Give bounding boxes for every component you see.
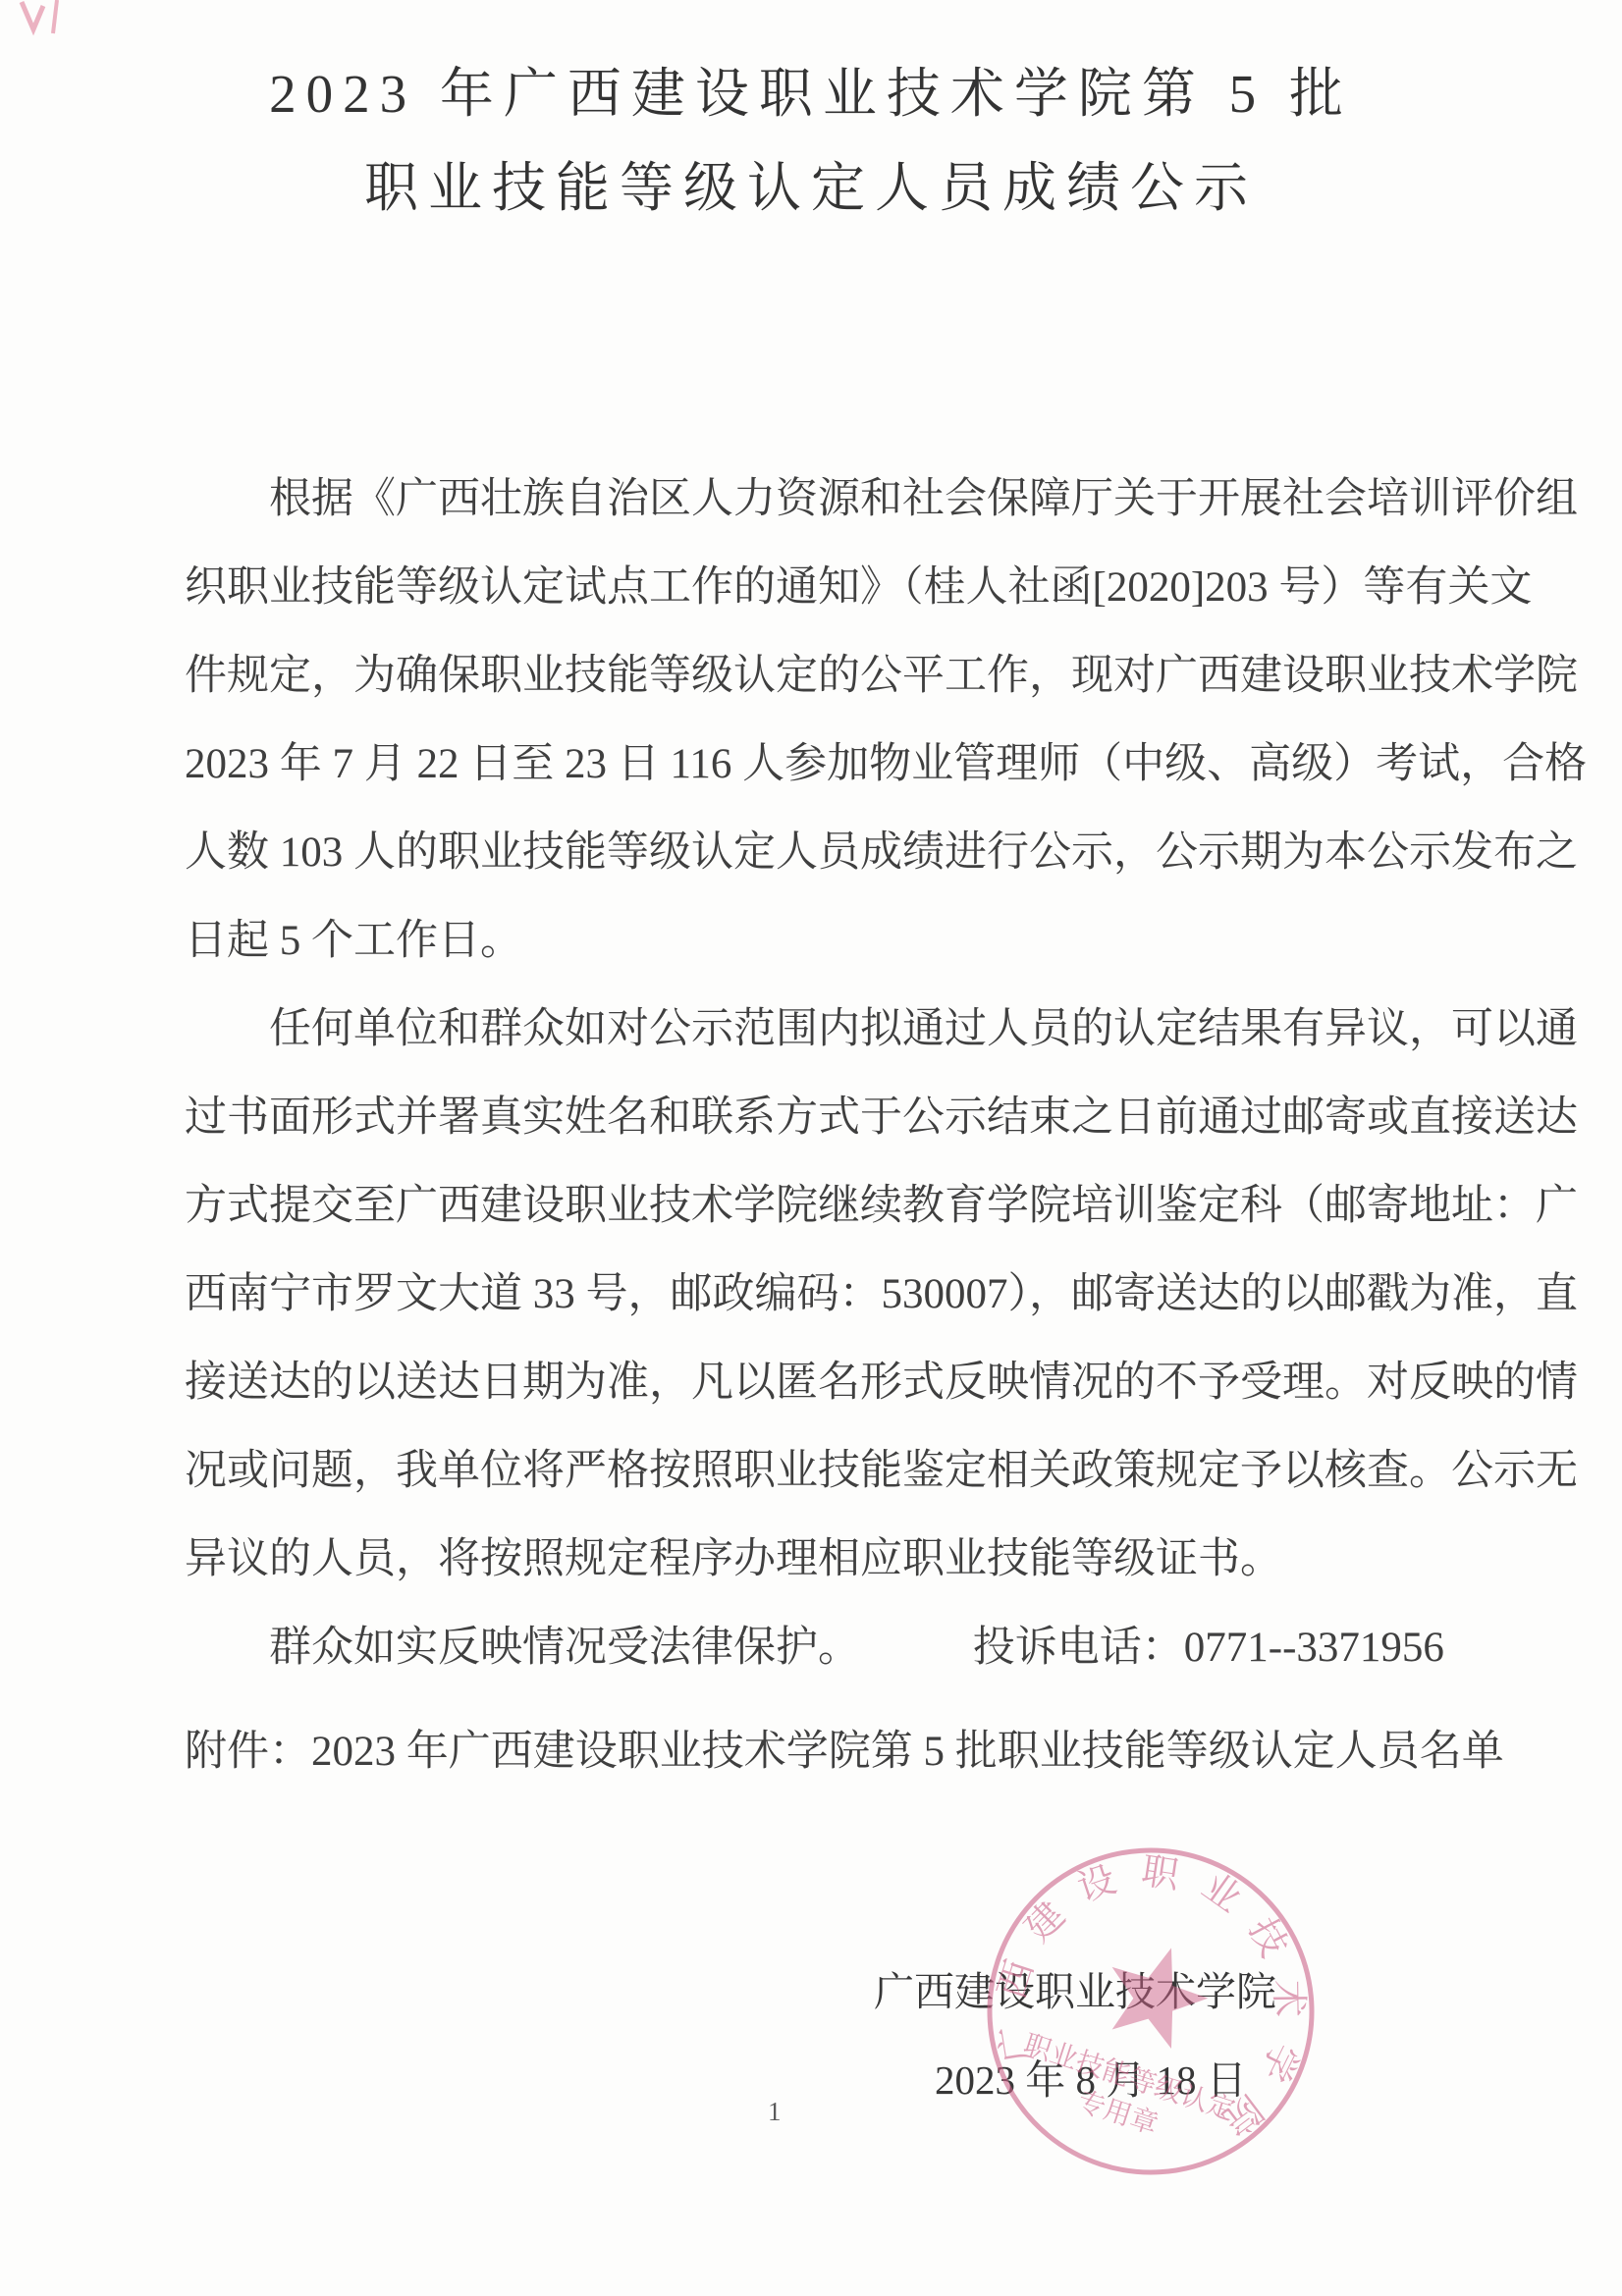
body-text-line: 织职业技能等级认定试点工作的通知》（桂人社函[2020]203 号）等有关文 — [185, 544, 1473, 632]
legal-note-text: 群众如实反映情况受法律保护。 — [269, 1625, 860, 1671]
body-text-line: 2023 年 7 月 22 日至 23 日 116 人参加物业管理师（中级、高级… — [185, 721, 1473, 809]
page-number: 1 — [768, 2097, 782, 2127]
body-paragraphs: 根据《广西壮族自治区人力资源和社会保障厅关于开展社会培训评价组织职业技能等级认定… — [185, 455, 1473, 1604]
body-text-line: 任何单位和群众如对公示范围内拟通过人员的认定结果有异议，可以通 — [185, 986, 1473, 1074]
document-body: 根据《广西壮族自治区人力资源和社会保障厅关于开展社会培训评价组织职业技能等级认定… — [185, 455, 1473, 1796]
title-line-2: 职业技能等级认定人员成绩公示 — [0, 141, 1622, 236]
body-text-line: 人数 103 人的职业技能等级认定人员成绩进行公示，公示期为本公示发布之 — [185, 809, 1473, 897]
document-page: 2023 年广西建设职业技术学院第 5 批 职业技能等级认定人员成绩公示 根据《… — [0, 0, 1622, 2296]
issue-date: 2023 年 8 月 18 日 — [935, 2048, 1247, 2106]
attachment-line: 附件：2023 年广西建设职业技术学院第 5 批职业技能等级认定人员名单 — [185, 1708, 1473, 1796]
body-text-line: 过书面形式并署真实姓名和联系方式于公示结束之日前通过邮寄或直接送达 — [185, 1074, 1473, 1162]
body-text-line: 接送达的以送达日期为准，凡以匿名形式反映情况的不予受理。对反映的情 — [185, 1339, 1473, 1427]
legal-note-line: 群众如实反映情况受法律保护。 投诉电话：0771--3371956 — [185, 1604, 1473, 1692]
body-text-line: 西南宁市罗文大道 33 号，邮政编码：530007），邮寄送达的以邮戳为准，直 — [185, 1251, 1473, 1339]
complaint-phone-text: 投诉电话：0771--3371956 — [973, 1625, 1444, 1671]
title-line-1: 2023 年广西建设职业技术学院第 5 批 — [0, 47, 1622, 141]
issuer-signature: 广西建设职业技术学院 — [874, 1959, 1276, 2017]
body-text-line: 根据《广西壮族自治区人力资源和社会保障厅关于开展社会培训评价组 — [185, 455, 1473, 544]
body-text-line: 异议的人员，将按照规定程序办理相应职业技能等级证书。 — [185, 1516, 1473, 1604]
body-text-line: 方式提交至广西建设职业技术学院继续教育学院培训鉴定科（邮寄地址：广 — [185, 1162, 1473, 1251]
body-text-line: 况或问题，我单位将严格按照职业技能鉴定相关政策规定予以核查。公示无 — [185, 1427, 1473, 1516]
document-title: 2023 年广西建设职业技术学院第 5 批 职业技能等级认定人员成绩公示 — [0, 47, 1622, 236]
body-text-line: 件规定，为确保职业技能等级认定的公平工作，现对广西建设职业技术学院 — [185, 632, 1473, 721]
body-text-line: 日起 5 个工作日。 — [185, 897, 1473, 986]
